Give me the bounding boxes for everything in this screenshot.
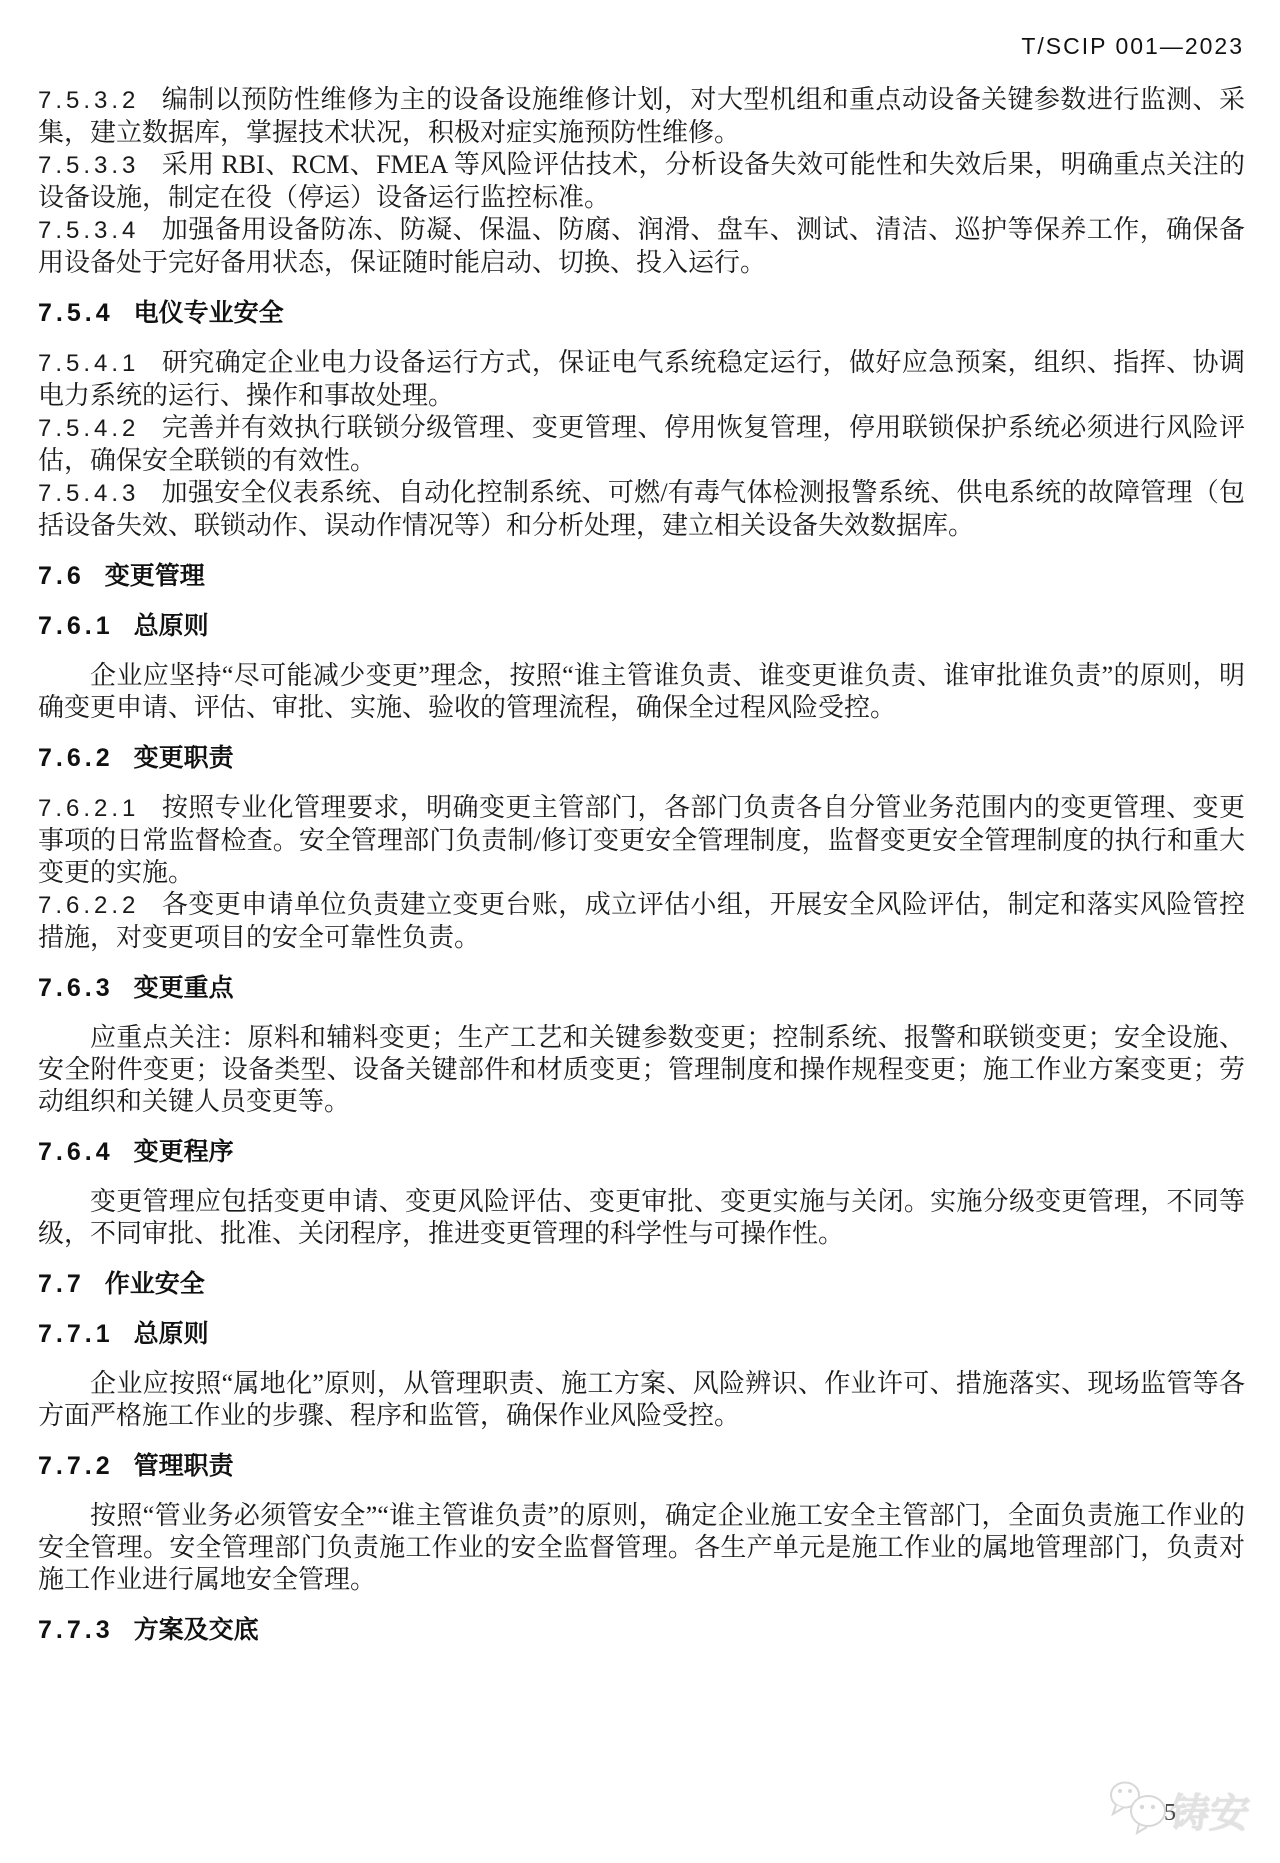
heading-number: 7.5.4	[38, 299, 134, 327]
clause-text: 研究确定企业电力设备运行方式，保证电气系统稳定运行，做好应急预案，组织、指挥、协…	[38, 348, 1245, 410]
page-number: 5	[1164, 1800, 1176, 1827]
heading-text: 总原则	[134, 612, 209, 640]
heading-7-6: 7.6变更管理	[38, 560, 1245, 592]
clause-7-6-2-2: 7.6.2.2各变更申请单位负责建立变更台账，成立评估小组，开展安全风险评估，制…	[38, 889, 1245, 954]
heading-text: 变更重点	[134, 974, 234, 1002]
heading-number: 7.6	[38, 562, 105, 590]
clause-number: 7.6.2.1	[38, 795, 161, 822]
clause-7-5-3-2: 7.5.3.2编制以预防性维修为主的设备设施维修计划，对大型机组和重点动设备关键…	[38, 84, 1245, 149]
heading-number: 7.7.2	[38, 1452, 134, 1480]
clause-text: 各变更申请单位负责建立变更台账，成立评估小组，开展安全风险评估，制定和落实风险管…	[38, 890, 1245, 952]
clause-number: 7.5.4.1	[38, 350, 161, 377]
clause-7-5-3-4: 7.5.3.4加强备用设备防冻、防凝、保温、防腐、润滑、盘车、测试、清洁、巡护等…	[38, 214, 1245, 279]
heading-text: 管理职责	[134, 1452, 234, 1480]
heading-number: 7.6.2	[38, 744, 134, 772]
standard-code: T/SCIP 001—2023	[1021, 33, 1244, 59]
clause-7-6-2-1: 7.6.2.1按照专业化管理要求，明确变更主管部门，各部门负责各自分管业务范围内…	[38, 792, 1245, 889]
heading-7-6-1: 7.6.1总原则	[38, 610, 1245, 642]
document-content: 7.5.3.2编制以预防性维修为主的设备设施维修计划，对大型机组和重点动设备关键…	[38, 84, 1245, 1664]
clause-7-5-4-2: 7.5.4.2完善并有效执行联锁分级管理、变更管理、停用恢复管理，停用联锁保护系…	[38, 412, 1245, 477]
heading-7-7-1: 7.7.1总原则	[38, 1318, 1245, 1350]
clause-7-5-3-3: 7.5.3.3采用 RBI、RCM、FMEA 等风险评估技术，分析设备失效可能性…	[38, 149, 1245, 214]
clause-number: 7.6.2.2	[38, 892, 161, 919]
heading-text: 电仪专业安全	[134, 299, 284, 327]
heading-number: 7.7	[38, 1270, 105, 1298]
heading-text: 变更职责	[134, 744, 234, 772]
clause-number: 7.5.4.3	[38, 480, 161, 507]
heading-7-6-3: 7.6.3变更重点	[38, 972, 1245, 1004]
heading-text: 总原则	[134, 1320, 209, 1348]
heading-7-6-2: 7.6.2变更职责	[38, 742, 1245, 774]
clause-number: 7.5.3.3	[38, 152, 161, 179]
paragraph-7-6-4: 变更管理应包括变更申请、变更风险评估、变更审批、变更实施与关闭。实施分级变更管理…	[38, 1186, 1245, 1250]
clause-number: 7.5.3.2	[38, 87, 161, 114]
page-header: T/SCIP 001—2023	[1021, 33, 1244, 60]
watermark-label: 铸安	[1167, 1782, 1253, 1839]
clause-text: 编制以预防性维修为主的设备设施维修计划，对大型机组和重点动设备关键参数进行监测、…	[38, 85, 1245, 147]
paragraph-7-6-3: 应重点关注：原料和辅料变更；生产工艺和关键参数变更；控制系统、报警和联锁变更；安…	[38, 1022, 1245, 1118]
paragraph-7-7-2: 按照“管业务必须管安全”“谁主管谁负责”的原则，确定企业施工安全主管部门，全面负…	[38, 1500, 1245, 1596]
heading-text: 作业安全	[105, 1270, 205, 1298]
paragraph-7-6-1: 企业应坚持“尽可能减少变更”理念，按照“谁主管谁负责、谁变更谁负责、谁审批谁负责…	[38, 660, 1245, 724]
heading-7-7: 7.7作业安全	[38, 1268, 1245, 1300]
heading-7-7-3: 7.7.3方案及交底	[38, 1614, 1245, 1646]
clause-number: 7.5.4.2	[38, 415, 161, 442]
heading-number: 7.7.3	[38, 1616, 134, 1644]
heading-text: 变更程序	[134, 1138, 234, 1166]
clause-text: 加强安全仪表系统、自动化控制系统、可燃/有毒气体检测报警系统、供电系统的故障管理…	[38, 478, 1245, 540]
document-page: T/SCIP 001—2023 7.5.3.2编制以预防性维修为主的设备设施维修…	[0, 0, 1280, 1863]
heading-7-5-4: 7.5.4电仪专业安全	[38, 297, 1245, 329]
clause-text: 采用 RBI、RCM、FMEA 等风险评估技术，分析设备失效可能性和失效后果，明…	[38, 150, 1245, 212]
clause-number: 7.5.3.4	[38, 217, 161, 244]
chat-bubbles-icon	[1106, 1778, 1172, 1836]
paragraph-7-7-1: 企业应按照“属地化”原则，从管理职责、施工方案、风险辨识、作业许可、措施落实、现…	[38, 1368, 1245, 1432]
watermark: 铸安	[1106, 1778, 1256, 1848]
heading-7-6-4: 7.6.4变更程序	[38, 1136, 1245, 1168]
heading-text: 变更管理	[105, 562, 205, 590]
clause-text: 完善并有效执行联锁分级管理、变更管理、停用恢复管理，停用联锁保护系统必须进行风险…	[38, 413, 1245, 475]
clause-text: 按照专业化管理要求，明确变更主管部门，各部门负责各自分管业务范围内的变更管理、变…	[38, 793, 1245, 887]
heading-number: 7.6.4	[38, 1138, 134, 1166]
heading-number: 7.7.1	[38, 1320, 134, 1348]
heading-number: 7.6.1	[38, 612, 134, 640]
clause-text: 加强备用设备防冻、防凝、保温、防腐、润滑、盘车、测试、清洁、巡护等保养工作，确保…	[38, 215, 1245, 277]
heading-7-7-2: 7.7.2管理职责	[38, 1450, 1245, 1482]
heading-number: 7.6.3	[38, 974, 134, 1002]
clause-7-5-4-3: 7.5.4.3加强安全仪表系统、自动化控制系统、可燃/有毒气体检测报警系统、供电…	[38, 477, 1245, 542]
heading-text: 方案及交底	[134, 1616, 259, 1644]
clause-7-5-4-1: 7.5.4.1研究确定企业电力设备运行方式，保证电气系统稳定运行，做好应急预案，…	[38, 347, 1245, 412]
